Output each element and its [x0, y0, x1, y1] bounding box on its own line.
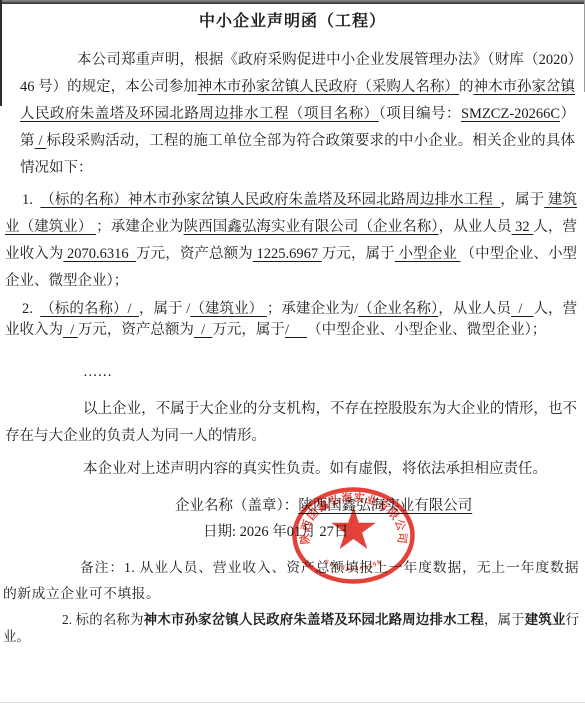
page-left-edge-line	[0, 0, 2, 106]
enterprise-item-2: 2. （标的名称）/ ，属于 /（建筑业） ；承建企业为/（企业名称），从业人员…	[5, 299, 577, 341]
page-bottom-edge-line	[0, 702, 585, 703]
remark-2: 2. 标的名称为神木市孙家岔镇人民政府朱盖塔及环园北路周边排水工程，属于建筑业行…	[3, 611, 579, 645]
company-name-value: 陕西国鑫弘海实业有限公司	[298, 498, 472, 514]
responsibility-statement: 本企业对上述声明内容的真实性负责。如有虚假，将依法承担相应责任。	[5, 456, 577, 483]
page-top-edge-line	[0, 0, 585, 4]
remark-1: 备注：1. 从业人员、营业收入、资产总额填报上一年度数据，无上一年度数据的新成立…	[3, 555, 579, 607]
document-title: 中小企业声明函（工程）	[0, 0, 585, 31]
ellipsis-line: ……	[5, 359, 577, 386]
enterprise-item-1: 1. （标的名称）神木市孙家岔镇人民政府朱盖塔及环园北路周边排水工程 ，属于 建…	[5, 187, 577, 295]
signature-company-line: 企业名称（盖章）：陕西国鑫弘海实业有限公司	[175, 493, 585, 519]
branch-statement: 以上企业，不属于大企业的分支机构，不存在控股股东为大企业的情形，也不存在与大企业…	[5, 396, 577, 450]
declaration-document: 中小企业声明函（工程） 本公司郑重声明，根据《政府采购促进中小企业发展管理办法》…	[0, 0, 585, 717]
company-name-label: 企业名称（盖章）：	[175, 498, 298, 514]
intro-paragraph: 本公司郑重声明，根据《政府采购促进中小企业发展管理办法》（财库（2020）46 …	[20, 47, 575, 182]
signature-date-line: 日期: 2026 年01月 27日	[203, 519, 585, 545]
